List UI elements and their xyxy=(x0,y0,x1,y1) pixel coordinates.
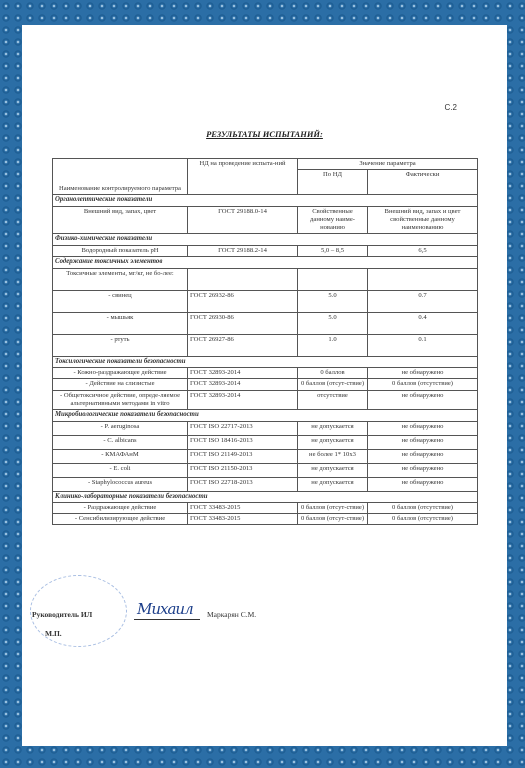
header-by-nd: По НД xyxy=(298,170,368,195)
signature-mark: Михаил xyxy=(137,600,193,618)
cell-parameter: Внешний вид, запах, цвет xyxy=(53,206,188,234)
cell-method: ГОСТ ISO 18416-2013 xyxy=(188,435,298,449)
cell-actual: не обнаружено xyxy=(368,435,478,449)
cell-parameter: - C. albicans xyxy=(53,435,188,449)
section-title: Микробиологические показатели безопаснос… xyxy=(53,410,478,421)
table-row: - Раздражающее действиеГОСТ 33483-20150 … xyxy=(53,503,478,514)
cell-method: ГОСТ ISO 21149-2013 xyxy=(188,449,298,463)
cell-parameter: - Сенсибилизирующее действие xyxy=(53,514,188,525)
cell-method: ГОСТ ISO 22717-2013 xyxy=(188,421,298,435)
cell-by-nd: Свойственные данному наиме-нованию xyxy=(298,206,368,234)
cell-parameter: - Кожно-раздражающее действие xyxy=(53,368,188,379)
page-number: С.2 xyxy=(445,103,457,112)
cell-actual: 0.1 xyxy=(368,334,478,356)
cell-method: ГОСТ 32893-2014 xyxy=(188,390,298,409)
cell-actual: 6,5 xyxy=(368,245,478,256)
cell-actual: 0.7 xyxy=(368,290,478,312)
table-row: - свинецГОСТ 26932-865.00.7 xyxy=(53,290,478,312)
cell-parameter: - Раздражающее действие xyxy=(53,503,188,514)
cell-method: ГОСТ 26930-86 xyxy=(188,312,298,334)
table-row: - мышьякГОСТ 26930-865.00.4 xyxy=(53,312,478,334)
cell-method: ГОСТ 32893-2014 xyxy=(188,368,298,379)
table-row: - КМАФАнМГОСТ ISO 21149-2013не более 1* … xyxy=(53,449,478,463)
cell-by-nd: 0 баллов (отсут-ствие) xyxy=(298,503,368,514)
section-row: Токсилогические показатели безопасности xyxy=(53,356,478,367)
cell-actual: не обнаружено xyxy=(368,463,478,477)
cell-by-nd: не допускается xyxy=(298,477,368,491)
cell-by-nd: не допускается xyxy=(298,421,368,435)
cell-parameter: - мышьяк xyxy=(53,312,188,334)
cell-method: ГОСТ 26932-86 xyxy=(188,290,298,312)
cell-parameter: Водородный показатель pH xyxy=(53,245,188,256)
table-row: - Сенсибилизирующее действиеГОСТ 33483-2… xyxy=(53,514,478,525)
cell-parameter: - Общетоксичное действие, опреде-ляемое … xyxy=(53,390,188,409)
cell-by-nd: 5,0 – 8,5 xyxy=(298,245,368,256)
cell-method: ГОСТ 29188.2-14 xyxy=(188,245,298,256)
cell-by-nd: не более 1* 10x3 xyxy=(298,449,368,463)
section-row: Органолептические показатели xyxy=(53,195,478,206)
section-title: Содержание токсичных элементов xyxy=(53,257,478,268)
section-title: Клинико-лабораторные показатели безопасн… xyxy=(53,491,478,502)
section-title: Физико-химические показатели xyxy=(53,234,478,245)
document-page: С.2 РЕЗУЛЬТАТЫ ИСПЫТАНИЙ: Наименование к… xyxy=(22,25,507,746)
signer-role: Руководитель ИЛ xyxy=(32,610,92,619)
section-row: Клинико-лабораторные показатели безопасн… xyxy=(53,491,478,502)
header-value-group: Значение параметра xyxy=(298,159,478,170)
cell-by-nd: 0 баллов (отсут-ствие) xyxy=(298,379,368,390)
cell-by-nd: не допускается xyxy=(298,435,368,449)
signer-name: Маркарян С.М. xyxy=(207,610,256,619)
results-table: Наименование контролируемого параметра Н… xyxy=(52,158,478,525)
cell-by-nd: 5.0 xyxy=(298,312,368,334)
page-title: РЕЗУЛЬТАТЫ ИСПЫТАНИЙ: xyxy=(22,129,507,139)
table-row: - ртутьГОСТ 26927-861.00.1 xyxy=(53,334,478,356)
section-row: Содержание токсичных элементов xyxy=(53,257,478,268)
table-row: - E. coliГОСТ ISO 21150-2013не допускает… xyxy=(53,463,478,477)
cell-actual: не обнаружено xyxy=(368,421,478,435)
table-row: Водородный показатель pHГОСТ 29188.2-145… xyxy=(53,245,478,256)
cell-actual xyxy=(368,268,478,290)
cell-method: ГОСТ 26927-86 xyxy=(188,334,298,356)
section-row: Физико-химические показатели xyxy=(53,234,478,245)
cell-actual: 0.4 xyxy=(368,312,478,334)
cell-actual: 0 баллов (отсутствие) xyxy=(368,514,478,525)
cell-actual: не обнаружено xyxy=(368,449,478,463)
cell-actual: не обнаружено xyxy=(368,477,478,491)
cell-parameter: Токсичные элементы, мг/кг, не бо-лее: xyxy=(53,268,188,290)
table-row: - P. aeruginosaГОСТ ISO 22717-2013не доп… xyxy=(53,421,478,435)
cell-parameter: - Действие на слизистые xyxy=(53,379,188,390)
table-row: - Кожно-раздражающее действиеГОСТ 32893-… xyxy=(53,368,478,379)
cell-actual: 0 баллов (отсутствие) xyxy=(368,379,478,390)
table-row: - Staphylococcus aureusГОСТ ISO 22718-20… xyxy=(53,477,478,491)
header-parameter: Наименование контролируемого параметра xyxy=(53,159,188,195)
cell-by-nd: 0 баллов xyxy=(298,368,368,379)
cell-parameter: - P. aeruginosa xyxy=(53,421,188,435)
table-row: - Действие на слизистыеГОСТ 32893-20140 … xyxy=(53,379,478,390)
cell-method: ГОСТ 29188.0-14 xyxy=(188,206,298,234)
cell-method: ГОСТ ISO 22718-2013 xyxy=(188,477,298,491)
cell-actual: не обнаружено xyxy=(368,368,478,379)
stamp-label: М.П. xyxy=(45,629,62,638)
cell-method: ГОСТ ISO 21150-2013 xyxy=(188,463,298,477)
cell-by-nd: 1.0 xyxy=(298,334,368,356)
section-title: Органолептические показатели xyxy=(53,195,478,206)
table-row: Токсичные элементы, мг/кг, не бо-лее: xyxy=(53,268,478,290)
section-title: Токсилогические показатели безопасности xyxy=(53,356,478,367)
header-method: НД на проведение испыта-ний xyxy=(188,159,298,195)
section-row: Микробиологические показатели безопаснос… xyxy=(53,410,478,421)
cell-parameter: - ртуть xyxy=(53,334,188,356)
cell-actual: 0 баллов (отсутствие) xyxy=(368,503,478,514)
cell-by-nd xyxy=(298,268,368,290)
cell-method: ГОСТ 32893-2014 xyxy=(188,379,298,390)
cell-actual: Внешний вид, запах и цвет свойственные д… xyxy=(368,206,478,234)
cell-method: ГОСТ 33483-2015 xyxy=(188,514,298,525)
cell-by-nd: 0 баллов (отсут-ствие) xyxy=(298,514,368,525)
cell-by-nd: 5.0 xyxy=(298,290,368,312)
cell-parameter: - КМАФАнМ xyxy=(53,449,188,463)
cell-by-nd: не допускается xyxy=(298,463,368,477)
cell-parameter: - свинец xyxy=(53,290,188,312)
cell-actual: не обнаружено xyxy=(368,390,478,409)
header-actual: Фактически xyxy=(368,170,478,195)
cell-parameter: - E. coli xyxy=(53,463,188,477)
table-row: Внешний вид, запах, цветГОСТ 29188.0-14С… xyxy=(53,206,478,234)
table-header-row: Наименование контролируемого параметра Н… xyxy=(53,159,478,170)
cell-parameter: - Staphylococcus aureus xyxy=(53,477,188,491)
signature-line xyxy=(134,619,200,620)
cell-by-nd: отсутствие xyxy=(298,390,368,409)
cell-method xyxy=(188,268,298,290)
cell-method: ГОСТ 33483-2015 xyxy=(188,503,298,514)
table-row: - Общетоксичное действие, опреде-ляемое … xyxy=(53,390,478,409)
table-row: - C. albicansГОСТ ISO 18416-2013не допус… xyxy=(53,435,478,449)
